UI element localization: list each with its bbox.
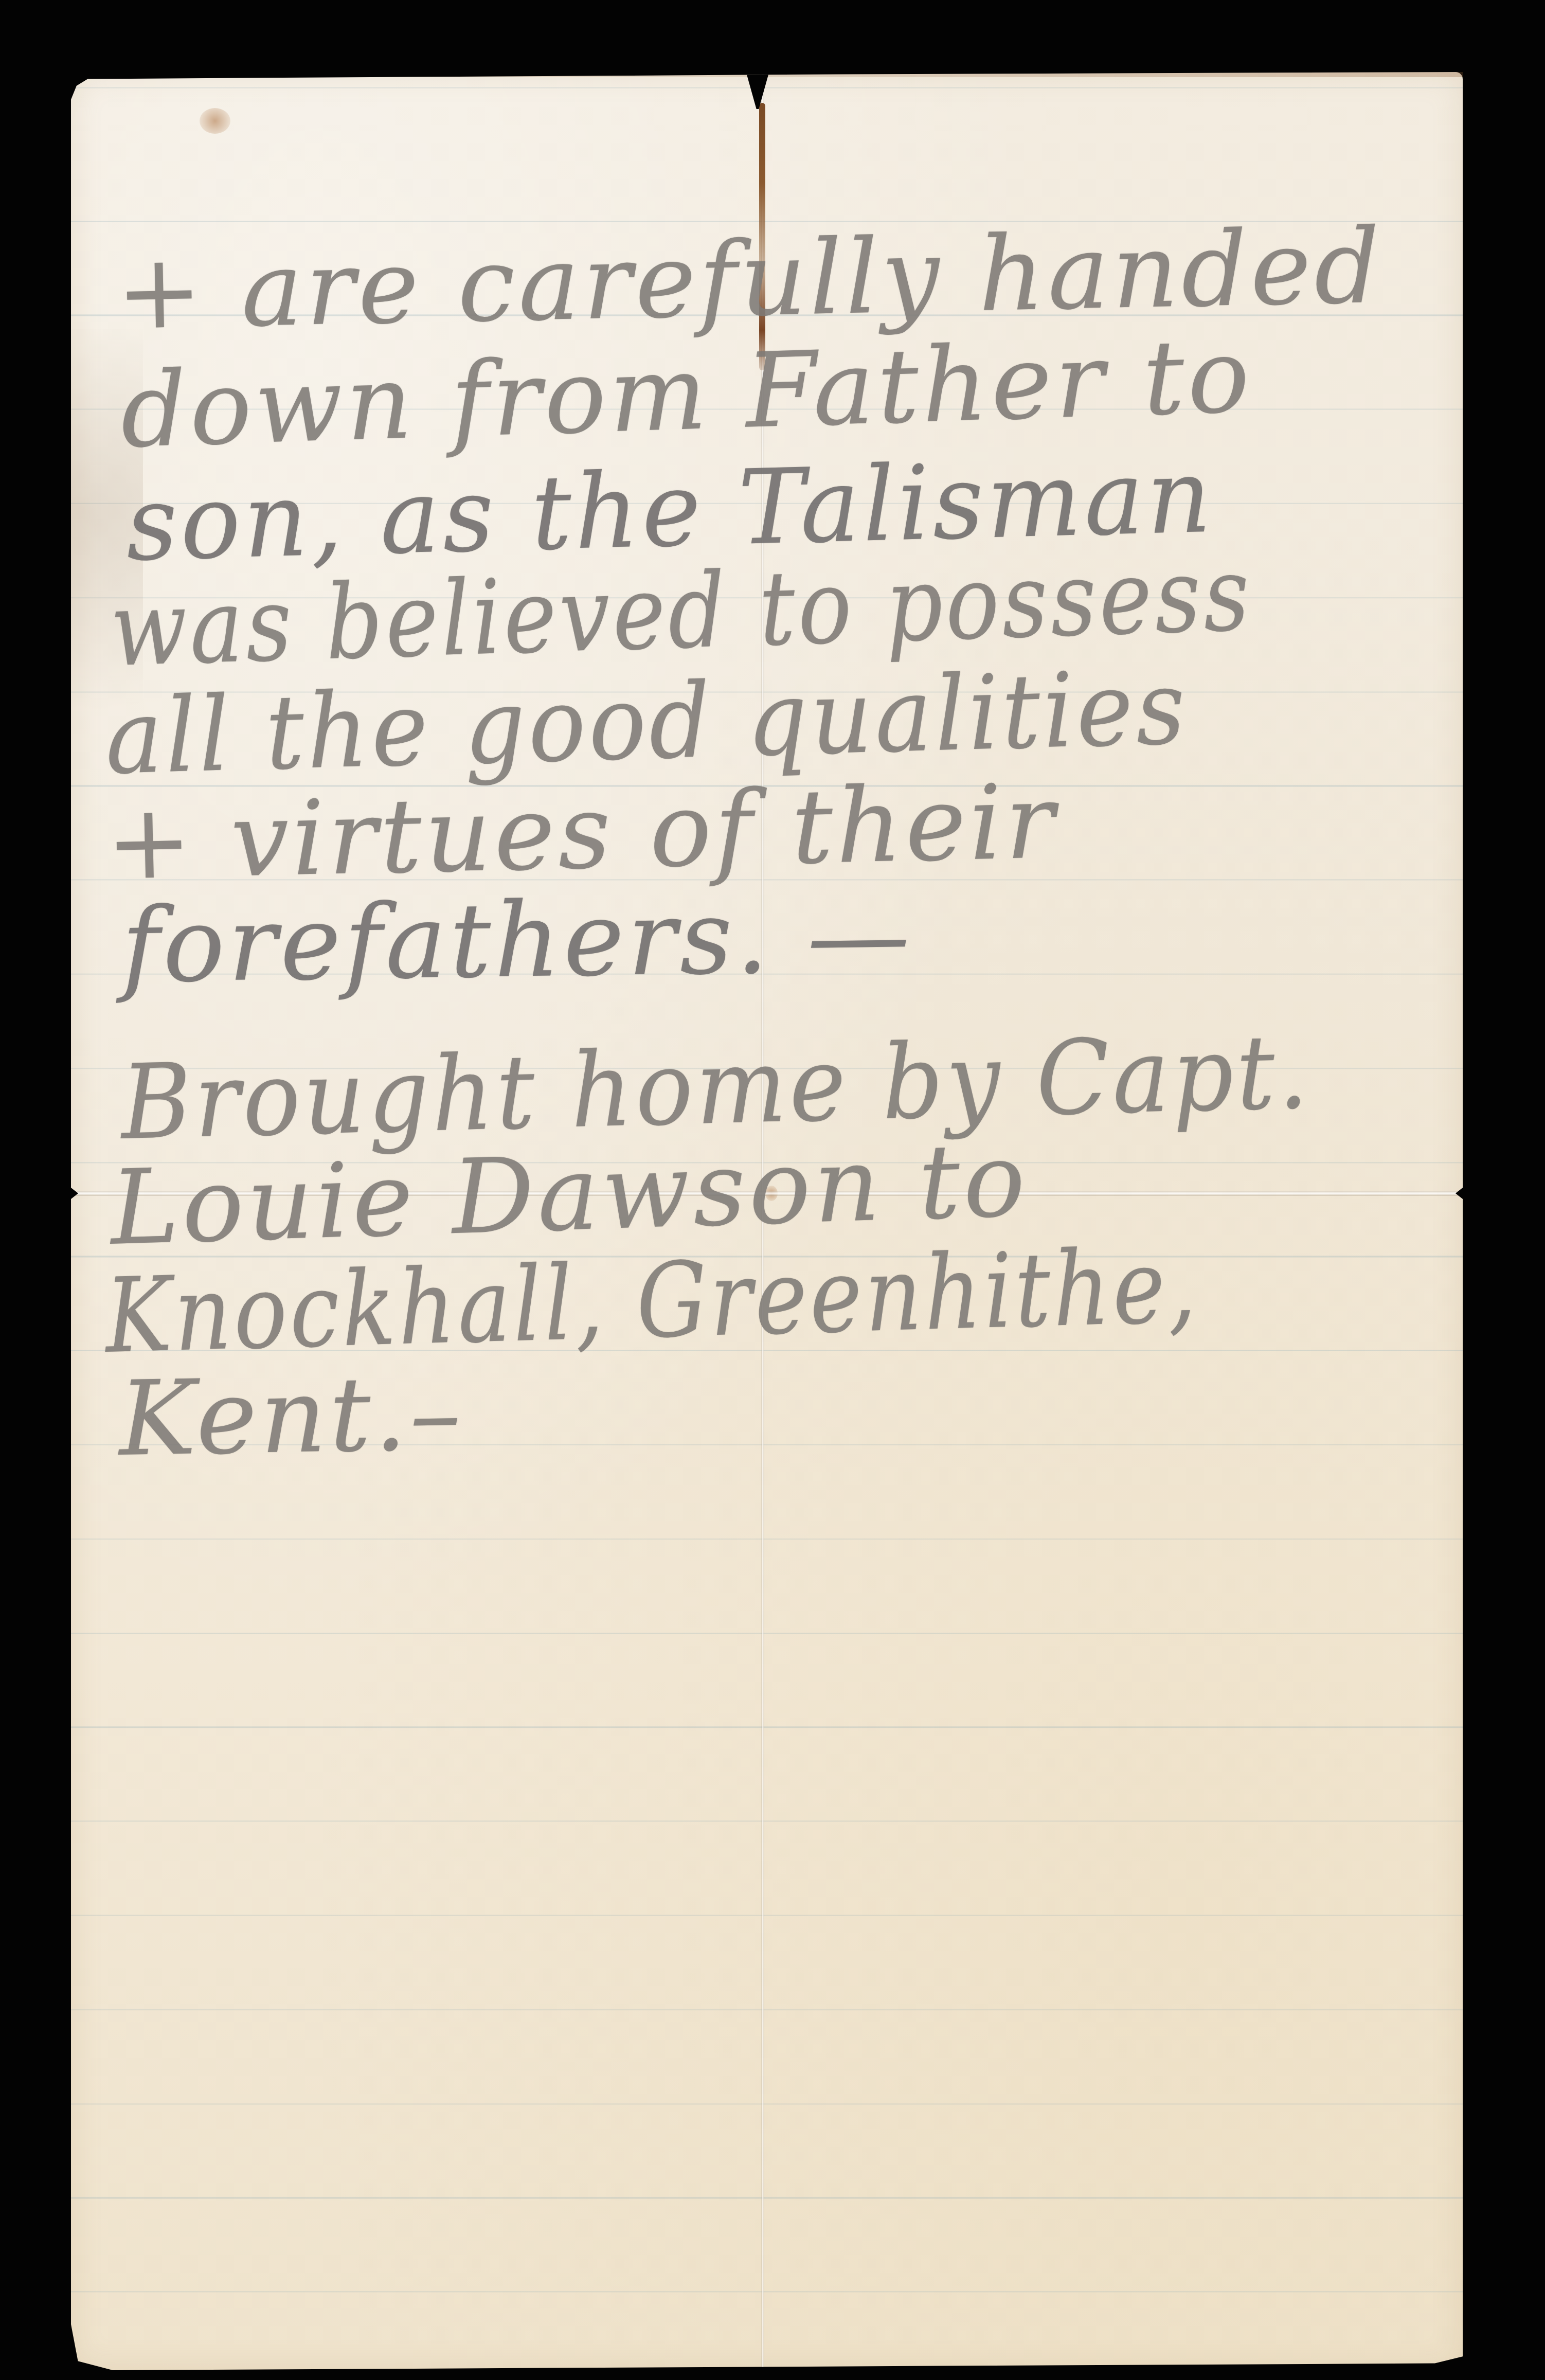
handwriting-line: + virtues of their	[104, 771, 1058, 895]
handwriting-line: Knockhall, Greenhithe,	[104, 1235, 1199, 1368]
handwriting-line: forefathers. —	[121, 884, 913, 998]
handwriting-line: Kent.–	[118, 1362, 465, 1471]
handwritten-text: + are carefully handed down from Father …	[71, 72, 1463, 2370]
letter-sheet: + are carefully handed down from Father …	[71, 72, 1463, 2370]
